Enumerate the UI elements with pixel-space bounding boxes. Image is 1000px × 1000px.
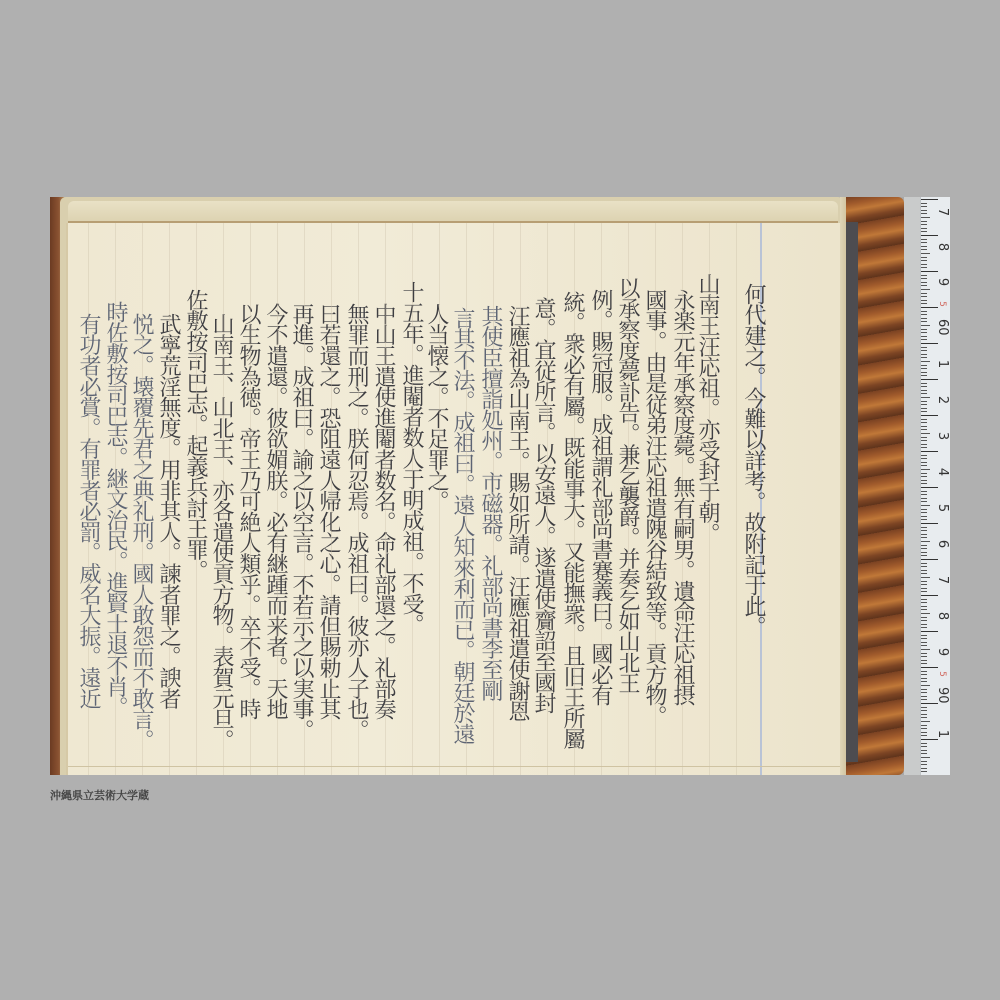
ruler-tick: [921, 325, 930, 326]
ruler-tick: [921, 501, 927, 502]
ruler-tick: [921, 566, 927, 567]
ruler-tick: [921, 642, 927, 643]
ruler-label: 5: [935, 501, 949, 515]
ruler-tick: [921, 480, 927, 481]
ruler-tick: [921, 602, 927, 603]
ruler-tick: [921, 347, 927, 348]
ruler-tick: [921, 239, 927, 240]
ruler-tick: [921, 318, 927, 319]
ruler-tick: [921, 573, 927, 574]
ruler-tick: [921, 271, 938, 272]
ruler-tick: [921, 721, 930, 722]
page-rule-line: [520, 223, 521, 775]
ruler-label: 5: [935, 297, 949, 311]
ruler-tick: [921, 537, 927, 538]
ruler-tick: [921, 224, 927, 225]
page-top-edge: [68, 201, 838, 224]
ruler-tick: [921, 311, 927, 312]
ruler-tick: [921, 260, 927, 261]
ruler-tick: [921, 725, 927, 726]
text-column: 今不遣還。彼欲媚朕。必有継踵而来者。天地: [262, 303, 288, 719]
ruler-tick: [921, 534, 927, 535]
text-column: 武寧荒淫無度。用非其人。諫者罪之。諛者: [155, 313, 181, 708]
measuring-ruler: 7895601234567895901: [920, 197, 950, 775]
ruler-tick: [921, 635, 927, 636]
ruler-tick: [921, 609, 927, 610]
ruler-tick: [921, 714, 927, 715]
ruler-tick: [921, 285, 927, 286]
ruler-label: 8: [935, 609, 949, 623]
ruler-tick: [921, 433, 930, 434]
text-column: 悦之。壊覆先君之典礼刑。國人敢怨而不敢言。: [128, 313, 154, 750]
ruler-tick: [921, 699, 927, 700]
ruler-label: 1: [935, 727, 949, 741]
ruler-label: 3: [935, 429, 949, 443]
ruler-label: 5: [935, 667, 949, 681]
ruler-tick: [921, 584, 927, 585]
ruler-tick: [921, 257, 927, 258]
ruler-tick: [921, 343, 938, 344]
ruler-tick: [921, 357, 927, 358]
page-rule-line: [250, 223, 251, 775]
page-rule-line: [277, 223, 278, 775]
ruler-tick: [921, 545, 927, 546]
ruler-tick: [921, 527, 927, 528]
ruler-tick: [921, 771, 927, 772]
ruler-tick: [921, 447, 927, 448]
ruler-tick: [921, 451, 938, 452]
ruler-tick: [921, 663, 927, 664]
ruler-tick: [921, 548, 927, 549]
text-column: 佐敷按司巴志。起義兵討王罪。: [182, 289, 208, 580]
collection-caption: 沖縄県立芸術大学蔵: [50, 787, 149, 803]
text-column: 無罪而刑之。朕何忍焉。成祖曰。彼亦人子也。: [343, 303, 369, 740]
ruler-tick: [921, 329, 927, 330]
ruler-tick: [921, 483, 927, 484]
ruler-label: 60: [935, 319, 949, 333]
ruler-tick: [921, 249, 927, 250]
ruler-tick: [921, 246, 927, 247]
ruler-tick: [921, 426, 927, 427]
ruler-tick: [921, 408, 927, 409]
ruler-tick: [921, 458, 927, 459]
text-column: 曰若還之。恐阻遠人帰化之心。請但賜勅止其: [315, 303, 341, 719]
ruler-tick: [921, 221, 927, 222]
ruler-tick: [921, 577, 930, 578]
ruler-tick: [921, 660, 927, 661]
ruler-tick: [921, 761, 927, 762]
text-column: 言其不法。成祖曰。遠人知來利而已。朝廷於遠: [449, 307, 475, 744]
ruler-tick: [921, 764, 927, 765]
ruler-tick: [921, 210, 927, 211]
cloth-binding-strip: [846, 222, 858, 762]
ruler-tick: [921, 372, 927, 373]
ruler-tick: [921, 368, 927, 369]
ruler-tick: [921, 275, 927, 276]
ruler-tick: [921, 462, 927, 463]
ruler-tick: [921, 681, 927, 682]
ruler-label: 90: [935, 687, 949, 701]
ruler-tick: [921, 656, 927, 657]
ruler-tick: [921, 757, 930, 758]
ruler-tick: [921, 231, 927, 232]
ruler-tick: [921, 595, 938, 596]
ruler-tick: [921, 437, 927, 438]
page-rule-line: [439, 223, 440, 775]
page-rule-line: [331, 223, 332, 775]
ruler-tick: [921, 555, 927, 556]
ruler-tick: [921, 620, 927, 621]
ruler-tick: [921, 689, 927, 690]
ruler-tick: [921, 350, 927, 351]
ruler-tick: [921, 473, 927, 474]
ruler-tick: [921, 581, 927, 582]
ruler-tick: [921, 696, 927, 697]
ruler-tick: [921, 476, 927, 477]
ruler-tick: [921, 361, 930, 362]
ruler-tick: [921, 653, 927, 654]
ruler-tick: [921, 267, 927, 268]
ruler-tick: [921, 404, 927, 405]
ruler-tick: [921, 379, 938, 380]
text-column: 意。宜従所言。以安遠人。遂遣使齎詔至國封: [530, 297, 556, 713]
ruler-tick: [921, 750, 927, 751]
ruler-tick: [921, 671, 927, 672]
ruler-tick: [921, 386, 927, 387]
ruler-tick: [921, 732, 927, 733]
ruler-tick: [921, 498, 927, 499]
ruler-label: 6: [935, 537, 949, 551]
ruler-tick: [921, 588, 927, 589]
ruler-label: 8: [935, 240, 949, 254]
text-column: 山南王、山北王、亦各遣使貢方物。表賀元旦。: [208, 313, 234, 750]
ruler-tick: [921, 692, 927, 693]
ruler-tick: [921, 321, 927, 322]
ruler-label: 9: [935, 645, 949, 659]
page-rule-line: [574, 223, 575, 775]
ruler-tick: [921, 465, 927, 466]
text-column: 以生物為徳。帝王乃可絶人類乎。卒不受。時: [235, 303, 261, 719]
ruler-tick: [921, 743, 927, 744]
ruler-tick: [921, 354, 927, 355]
ruler-tick: [921, 624, 927, 625]
text-column: 人当懐之。不足罪之。: [423, 303, 449, 511]
ruler-label: 4: [935, 465, 949, 479]
page-rule-line: [88, 223, 89, 775]
ruler-tick: [921, 242, 927, 243]
ruler-tick: [921, 293, 927, 294]
ruler-tick: [921, 390, 927, 391]
page-rule-line: [601, 223, 602, 775]
text-column: 國事。由是従弟汪応祖遣隗谷結致等。貢方物。: [641, 289, 667, 726]
ruler-tick: [921, 383, 927, 384]
ruler-tick: [921, 278, 927, 279]
ruler-tick: [921, 455, 927, 456]
text-column: 汪應祖為山南王。賜如所請。汪應祖遣使謝恩: [504, 305, 530, 721]
ruler-tick: [921, 282, 927, 283]
ruler-tick: [921, 415, 938, 416]
ruler-tick: [921, 541, 930, 542]
ruler-tick: [921, 401, 927, 402]
ruler-tick: [921, 627, 927, 628]
ruler-tick: [921, 512, 927, 513]
ruler-tick: [921, 674, 927, 675]
ruler-tick: [921, 429, 927, 430]
ruler-tick: [921, 613, 930, 614]
page-rule-line: [223, 223, 224, 775]
ruler-tick: [921, 444, 927, 445]
ruler-tick: [921, 717, 927, 718]
ruler-tick: [921, 638, 927, 639]
page-rule-line: [682, 223, 683, 775]
ruler-tick: [921, 235, 938, 236]
ruler-tick: [921, 397, 930, 398]
page-rule-line: [304, 223, 305, 775]
ruler-tick: [921, 530, 927, 531]
ruler-tick: [921, 375, 927, 376]
text-column: 山南王汪応祖。亦受封于朝。: [694, 273, 720, 543]
page-rule-line: [466, 223, 467, 775]
ruler-tick: [921, 289, 930, 290]
ruler-tick: [921, 365, 927, 366]
ruler-tick: [921, 519, 927, 520]
ruler-tick: [921, 645, 927, 646]
ruler-tick: [921, 393, 927, 394]
ruler-tick: [921, 735, 927, 736]
text-column: 再進。成祖曰。諭之以空言。不若示之以実事。: [288, 303, 314, 740]
ruler-tick: [921, 491, 927, 492]
ruler-tick: [921, 336, 927, 337]
ruler-tick: [921, 563, 927, 564]
manuscript-photo: 何代建之。今難以詳考。故附記于此。 山南王汪応祖。亦受封于朝。 永楽元年承察度薨…: [50, 197, 950, 775]
ruler-tick: [921, 422, 927, 423]
ruler-tick: [921, 678, 927, 679]
background-gap: [904, 197, 920, 775]
ruler-tick: [921, 469, 930, 470]
ruler-tick: [921, 300, 927, 301]
ruler-tick: [921, 728, 927, 729]
ruler-tick: [921, 206, 927, 207]
page-rule-line: [358, 223, 359, 775]
page-rule-line: [655, 223, 656, 775]
ruler-tick: [921, 710, 927, 711]
page-rule-line: [736, 223, 737, 775]
text-column: 以承察度薨訃告。兼乞襲爵。并奏乞如山北王: [614, 277, 640, 693]
ruler-tick: [921, 591, 927, 592]
page-rule-line: [169, 223, 170, 775]
page-rule-line: [142, 223, 143, 775]
ruler-tick: [921, 707, 927, 708]
page-rule-line: [115, 223, 116, 775]
ruler-label: 7: [935, 205, 949, 219]
manuscript-page: 何代建之。今難以詳考。故附記于此。 山南王汪応祖。亦受封于朝。 永楽元年承察度薨…: [66, 223, 842, 775]
text-column: 例。賜冠服。成祖謂礼部尚書蹇義曰。國必有: [587, 289, 613, 705]
ruler-tick: [921, 296, 927, 297]
text-column: 其使臣擅詣処州。市磁器。礼部尚書李至剛: [477, 305, 503, 700]
page-rule-line: [547, 223, 548, 775]
ruler-tick: [921, 253, 930, 254]
ruler-tick: [921, 559, 938, 560]
ruler-tick: [921, 768, 927, 769]
ruler-label: 2: [935, 393, 949, 407]
ruler-label: 7: [935, 573, 949, 587]
ruler-tick: [921, 303, 927, 304]
ruler-tick: [921, 213, 927, 214]
text-column: 中山王遣使進閹者数名。命礼部還之。礼部奏: [370, 303, 396, 719]
ruler-tick: [921, 516, 927, 517]
ruler-tick: [921, 440, 927, 441]
ruler-tick: [921, 746, 927, 747]
page-rule-line: [196, 223, 197, 775]
ruler-tick: [921, 606, 927, 607]
ruler-tick: [921, 685, 930, 686]
page-rule-line: [709, 223, 710, 775]
ruler-label: 9: [935, 275, 949, 289]
page-rule-line: [493, 223, 494, 775]
ruler-tick: [921, 487, 938, 488]
ruler-tick: [921, 599, 927, 600]
ruler-tick: [921, 753, 927, 754]
ruler-label: 1: [935, 357, 949, 371]
text-column: 統。衆必有屬。既能事大。又能撫衆。且旧王所屬: [559, 291, 585, 749]
ruler-tick: [921, 332, 927, 333]
ruler-tick: [921, 509, 927, 510]
ruler-tick: [921, 199, 938, 200]
ruler-tick: [921, 494, 927, 495]
text-column: 何代建之。今難以詳考。故附記于此。: [740, 283, 766, 637]
ruler-tick: [921, 570, 927, 571]
ruler-tick: [921, 411, 927, 412]
text-column: 十五年。進閹者数人于明成祖。不受。: [398, 281, 424, 635]
ruler-tick: [921, 264, 927, 265]
ruler-tick: [921, 617, 927, 618]
page-rule-line: [385, 223, 386, 775]
ruler-tick: [921, 228, 927, 229]
ruler-tick: [921, 217, 930, 218]
ruler-tick: [921, 631, 938, 632]
bottom-rule-line: [68, 766, 842, 767]
ruler-tick: [921, 314, 927, 315]
ruler-tick: [921, 552, 927, 553]
ruler-tick: [921, 505, 930, 506]
ruler-tick: [921, 419, 927, 420]
ruler-tick: [921, 203, 927, 204]
ruler-tick: [921, 649, 930, 650]
page-rule-line: [412, 223, 413, 775]
ruler-tick: [921, 523, 938, 524]
page-rule-line: [628, 223, 629, 775]
ruler-tick: [921, 339, 927, 340]
